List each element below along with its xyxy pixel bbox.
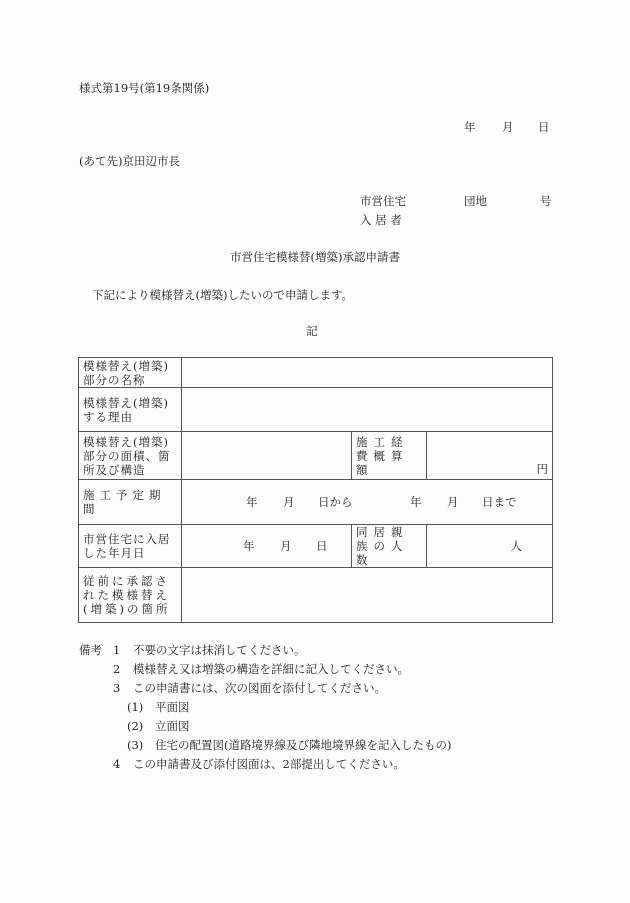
note-number: 4 [113, 755, 133, 774]
note-number: 1 [113, 641, 133, 660]
sub-note-text: 住宅の配置図(道路境界線及び隣地境界線を記入したもの) [155, 738, 451, 752]
notes-section: 備考1不要の文字は抹消してください。 2模様替え又は増築の構造を詳細に記入してく… [79, 641, 451, 774]
table-row: 模様替え(増築)部分の名称 [79, 358, 553, 388]
from-day: 日から [318, 495, 410, 509]
notes-heading: 備考 [79, 641, 113, 660]
date-day: 日 [538, 119, 550, 135]
row-label: 市営住宅に入居した年月日 [79, 525, 182, 568]
date-year: 年 [464, 119, 502, 135]
area-field[interactable] [182, 432, 352, 480]
move-in-month: 月 [280, 539, 316, 553]
sub-note-number: (2) [127, 717, 155, 736]
to-month: 月 [447, 495, 482, 509]
period-field[interactable]: 年月日から年月日まで [182, 480, 553, 525]
move-in-day: 日 [316, 539, 328, 553]
row-label: 模様替え(増築)部分の名称 [79, 358, 182, 388]
addressee: (あて先)京田辺市長 [79, 153, 180, 169]
sub-note-text: 平面図 [155, 700, 190, 714]
from-year: 年 [246, 495, 283, 509]
note-number: 2 [113, 660, 133, 679]
row-label: 模様替え(増築)する理由 [79, 388, 182, 432]
applicant-block: 市営住宅団地号 入 居 者 [360, 193, 552, 231]
note-text: この申請書及び添付図面は、2部提出してください。 [133, 757, 405, 771]
note-text: 不要の文字は抹消してください。 [133, 643, 306, 657]
row-label: 従前に承認された模様替え(増築)の箇所 [79, 568, 182, 623]
yen-unit: 円 [537, 462, 549, 476]
intro-text: 下記により模様替え(増築)したいので申請します。 [92, 287, 353, 303]
family-count-field[interactable]: 人 [427, 525, 553, 568]
note-text: この申請書には、次の図面を添付してください。 [133, 681, 386, 695]
table-row: 模様替え(増築)する理由 [79, 388, 553, 432]
note-number: 3 [113, 679, 133, 698]
table-row: 市営住宅に入居した年月日 年月日 同居親族の人数 人 [79, 525, 553, 568]
date-month: 月 [502, 119, 538, 135]
to-day: 日まで [482, 495, 517, 509]
ki-heading: 記 [0, 323, 624, 339]
table-row: 従前に承認された模様替え(増築)の箇所 [79, 568, 553, 623]
row-label: 模様替え(増築)部分の面積、箇所及び構造 [79, 432, 182, 480]
resident-label: 入 居 者 [360, 212, 552, 231]
sub-note-number: (3) [127, 736, 155, 755]
danchi-label: 団地 [464, 193, 540, 209]
cost-field[interactable]: 円 [427, 432, 553, 480]
name-field[interactable] [182, 358, 553, 388]
document-title: 市営住宅模様替(増築)承認申請書 [0, 249, 630, 265]
application-date: 年月日 [464, 119, 550, 135]
family-count-label: 同居親族の人数 [352, 525, 427, 568]
row-label: 施工予定期間 [79, 480, 182, 525]
housing-label: 市営住宅 [360, 193, 464, 209]
move-in-year: 年 [243, 539, 280, 553]
person-unit: 人 [511, 539, 523, 553]
note-text: 模様替え又は増築の構造を詳細に記入してください。 [133, 662, 409, 676]
form-number: 様式第19号(第19条関係) [79, 80, 209, 96]
previous-approval-field[interactable] [182, 568, 553, 623]
application-table: 模様替え(増築)部分の名称 模様替え(増築)する理由 模様替え(増築)部分の面積… [78, 357, 553, 623]
from-month: 月 [283, 495, 318, 509]
number-label: 号 [540, 194, 552, 208]
move-in-date-field[interactable]: 年月日 [182, 525, 352, 568]
table-row: 模様替え(増築)部分の面積、箇所及び構造 施工経費概算額 円 [79, 432, 553, 480]
table-row: 施工予定期間 年月日から年月日まで [79, 480, 553, 525]
sub-note-number: (1) [127, 698, 155, 717]
to-year: 年 [410, 495, 447, 509]
cost-label: 施工経費概算額 [352, 432, 427, 480]
sub-note-text: 立面図 [155, 719, 190, 733]
reason-field[interactable] [182, 388, 553, 432]
